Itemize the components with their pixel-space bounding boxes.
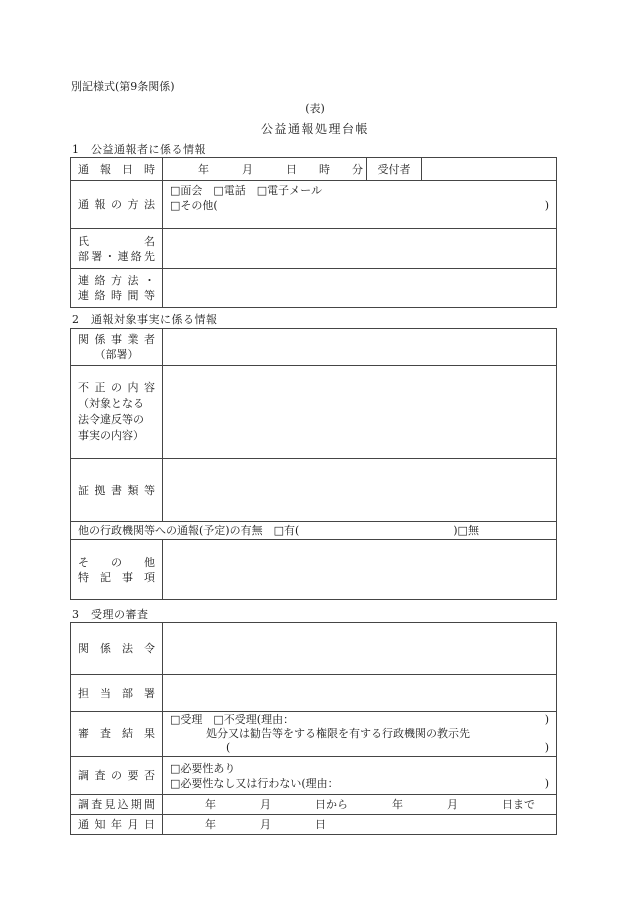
report-method-row: 通報の方法 □面会 □電話 □電子メール □その他( ) bbox=[71, 181, 557, 229]
report-datetime-row: 通報日時 年 月 日 時 分 受付者 bbox=[71, 158, 557, 181]
related-laws-row: 関係法令 bbox=[71, 623, 557, 675]
report-method-label: 通報の方法 bbox=[78, 197, 155, 212]
review-result-line1: □受理 □不受理(理由： ) bbox=[170, 713, 549, 727]
evidence-label-cell: 証拠書類等 bbox=[71, 459, 163, 522]
review-agency-open-paren: ( bbox=[170, 741, 230, 755]
review-result-label: 審査結果 bbox=[78, 727, 155, 741]
notice-date-label: 通知年月日 bbox=[78, 817, 155, 832]
review-result-row: 審査結果 □受理 □不受理(理由： ) 処分又は勧告等をする権限を有する行政機関… bbox=[71, 712, 557, 757]
form-title: 公益通報処理台帳 bbox=[0, 121, 630, 137]
section2-heading: 2 通報対象事実に係る情報 bbox=[72, 313, 630, 327]
other-agency-row: 他の行政機関等への通報(予定)の有無 □有( )□無 bbox=[71, 522, 557, 540]
form-note: 別記様式(第9条関係) bbox=[71, 0, 630, 94]
fraud-content-value-cell bbox=[163, 366, 557, 459]
investigation-need-row: 調査の要否 □必要性あり □必要性なし又は行わない(理由： ) bbox=[71, 757, 557, 795]
report-method-value-cell: □面会 □電話 □電子メール □その他( ) bbox=[163, 181, 557, 229]
reporter-name-value-cell bbox=[163, 229, 557, 269]
department-value-cell bbox=[163, 675, 557, 712]
department-row: 担当部署 bbox=[71, 675, 557, 712]
review-result-value-cell: □受理 □不受理(理由： ) 処分又は勧告等をする権限を有する行政機関の教示先 … bbox=[163, 712, 557, 757]
investigation-period-value-cell: 年 月 日から 年 月 日まで bbox=[163, 795, 557, 815]
reporter-name-label-line2: 部署・連絡先 bbox=[78, 249, 155, 264]
report-datetime-label-cell: 通報日時 bbox=[71, 158, 163, 181]
fraud-content-label-line2: （対象となる bbox=[78, 396, 155, 412]
related-business-row: 関係事業者 （部署） bbox=[71, 329, 557, 366]
fraud-content-row: 不正の内容 （対象となる 法令違反等の 事実の内容） bbox=[71, 366, 557, 459]
other-agency-cell: 他の行政機関等への通報(予定)の有無 □有( )□無 bbox=[71, 522, 557, 540]
review-checkboxes: □受理 □不受理(理由： bbox=[170, 713, 294, 727]
report-method-label-cell: 通報の方法 bbox=[71, 181, 163, 229]
contact-method-value-cell bbox=[163, 269, 557, 308]
related-laws-value-cell bbox=[163, 623, 557, 675]
notice-date-label-cell: 通知年月日 bbox=[71, 815, 163, 835]
reporter-name-label-cell: 氏名 部署・連絡先 bbox=[71, 229, 163, 269]
table-mark: (表) bbox=[0, 101, 630, 116]
report-datetime-value-cell: 年 月 日 時 分 bbox=[163, 158, 367, 181]
report-datetime-label: 通報日時 bbox=[78, 162, 155, 177]
evidence-row: 証拠書類等 bbox=[71, 459, 557, 522]
investigation-not-needed-line: □必要性なし又は行わない(理由： ) bbox=[170, 776, 549, 791]
review-result-label-cell: 審査結果 bbox=[71, 712, 163, 757]
section3-heading: 3 受理の審査 bbox=[72, 608, 630, 622]
contact-method-label-line2: 連絡時間等 bbox=[78, 288, 155, 303]
reporter-info-table: 通報日時 年 月 日 時 分 受付者 通報の方法 □面会 □電話 □電子メール … bbox=[70, 157, 557, 308]
related-business-label-line2: （部署） bbox=[78, 347, 155, 362]
investigation-need-label: 調査の要否 bbox=[78, 768, 155, 783]
contact-method-label-cell: 連絡方法・ 連絡時間等 bbox=[71, 269, 163, 308]
investigation-need-label-cell: 調査の要否 bbox=[71, 757, 163, 795]
method-other-line: □その他( ) bbox=[170, 198, 549, 213]
review-result-line2: 処分又は勧告等をする権限を有する行政機関の教示先 bbox=[170, 727, 549, 741]
special-notes-label-cell: その他 特記事項 bbox=[71, 540, 163, 600]
fraud-content-label-line3: 法令違反等の bbox=[78, 412, 155, 428]
investigation-period-label-cell: 調査見込期間 bbox=[71, 795, 163, 815]
method-other-close-paren: ) bbox=[545, 198, 549, 213]
reported-facts-table: 関係事業者 （部署） 不正の内容 （対象となる 法令違反等の 事実の内容） 証拠… bbox=[70, 328, 557, 600]
fraud-content-label-line4: 事実の内容） bbox=[78, 428, 155, 444]
contact-method-label-line1: 連絡方法・ bbox=[78, 273, 155, 288]
section1-heading: 1 公益通報者に係る情報 bbox=[72, 143, 630, 157]
method-checkbox-options: □面会 □電話 □電子メール bbox=[170, 183, 549, 198]
fraud-content-label-cell: 不正の内容 （対象となる 法令違反等の 事実の内容） bbox=[71, 366, 163, 459]
department-label-cell: 担当部署 bbox=[71, 675, 163, 712]
notice-date-row: 通知年月日 年 月 日 bbox=[71, 815, 557, 835]
investigation-need-value-cell: □必要性あり □必要性なし又は行わない(理由： ) bbox=[163, 757, 557, 795]
notice-date-value-cell: 年 月 日 bbox=[163, 815, 557, 835]
contact-method-row: 連絡方法・ 連絡時間等 bbox=[71, 269, 557, 308]
special-notes-row: その他 特記事項 bbox=[71, 540, 557, 600]
investigation-reason-close-paren: ) bbox=[545, 776, 549, 791]
review-result-line3: ( ) bbox=[170, 741, 549, 755]
evidence-label: 証拠書類等 bbox=[78, 483, 155, 498]
special-notes-label-line1: その他 bbox=[78, 555, 155, 570]
related-laws-label-cell: 関係法令 bbox=[71, 623, 163, 675]
related-business-label-line1: 関係事業者 bbox=[78, 332, 155, 347]
related-laws-label: 関係法令 bbox=[78, 641, 155, 656]
receiver-label-cell: 受付者 bbox=[367, 158, 422, 181]
fraud-content-label-line1: 不正の内容 bbox=[78, 380, 155, 396]
investigation-needed-checkbox: □必要性あり bbox=[170, 761, 549, 776]
whistleblowing-register-form: 別記様式(第9条関係) (表) 公益通報処理台帳 1 公益通報者に係る情報 通報… bbox=[0, 0, 630, 915]
reporter-name-row: 氏名 部署・連絡先 bbox=[71, 229, 557, 269]
investigation-period-row: 調査見込期間 年 月 日から 年 月 日まで bbox=[71, 795, 557, 815]
investigation-not-needed-checkbox: □必要性なし又は行わない(理由： bbox=[170, 776, 339, 791]
special-notes-label-line2: 特記事項 bbox=[78, 570, 155, 585]
review-reason-close-paren: ) bbox=[545, 713, 549, 727]
reporter-name-label-line1: 氏名 bbox=[78, 234, 155, 249]
evidence-value-cell bbox=[163, 459, 557, 522]
review-agency-close-paren: ) bbox=[545, 741, 549, 755]
special-notes-value-cell bbox=[163, 540, 557, 600]
method-other-checkbox: □その他( bbox=[170, 198, 218, 213]
acceptance-review-table: 関係法令 担当部署 審査結果 □受理 □不受理(理由： ) 処分又は勧告等をする… bbox=[70, 622, 557, 835]
department-label: 担当部署 bbox=[78, 686, 155, 701]
related-business-label-cell: 関係事業者 （部署） bbox=[71, 329, 163, 366]
receiver-value-cell bbox=[422, 158, 557, 181]
investigation-period-label: 調査見込期間 bbox=[78, 797, 155, 812]
related-business-value-cell bbox=[163, 329, 557, 366]
